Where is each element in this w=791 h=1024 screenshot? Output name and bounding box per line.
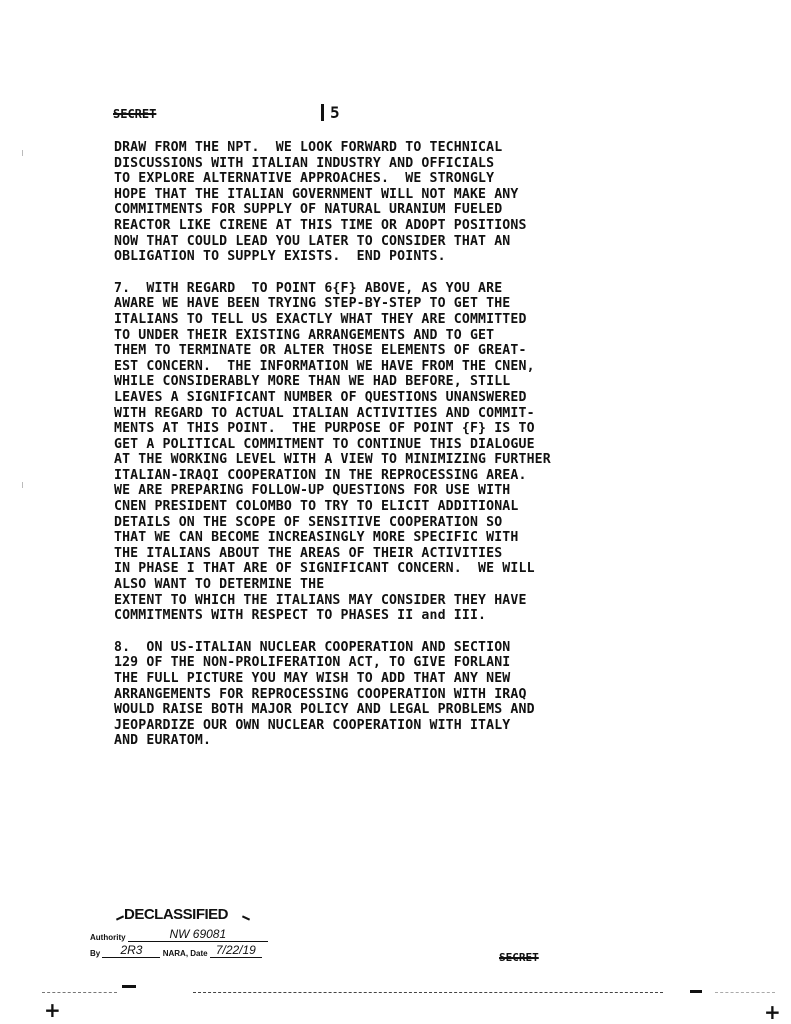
scan-margin-mark <box>22 482 23 488</box>
text-line: JEOPARDIZE OUR OWN NUCLEAR COOPERATION W… <box>114 718 674 734</box>
stamp-agency-label: NARA, Date <box>163 949 208 958</box>
text-line: GET A POLITICAL COMMITMENT TO CONTINUE T… <box>114 437 674 453</box>
stamp-authority-label: Authority <box>90 933 126 942</box>
page-number: 5 <box>321 103 340 122</box>
scan-margin-mark <box>22 150 23 156</box>
text-line: MENTS AT THIS POINT. THE PURPOSE OF POIN… <box>114 421 674 437</box>
text-line: DISCUSSIONS WITH ITALIAN INDUSTRY AND OF… <box>114 156 674 172</box>
scan-dash-mark <box>122 985 136 988</box>
text-line: DRAW FROM THE NPT. WE LOOK FORWARD TO TE… <box>114 140 674 156</box>
text-line: 8. ON US-ITALIAN NUCLEAR COOPERATION AND… <box>114 640 674 656</box>
text-line: AWARE WE HAVE BEEN TRYING STEP-BY-STEP T… <box>114 296 674 312</box>
text-line: TO EXPLORE ALTERNATIVE APPROACHES. WE ST… <box>114 171 674 187</box>
text-line: ARRANGEMENTS FOR REPROCESSING COOPERATIO… <box>114 687 674 703</box>
scan-dashed-line <box>193 992 663 993</box>
paragraph-continuation: DRAW FROM THE NPT. WE LOOK FORWARD TO TE… <box>114 140 674 265</box>
document-page: SECRET 5 DRAW FROM THE NPT. WE LOOK FORW… <box>0 0 791 1024</box>
stamp-date-value: 7/22/19 <box>210 943 262 958</box>
text-line: LEAVES A SIGNIFICANT NUMBER OF QUESTIONS… <box>114 390 674 406</box>
text-line: COMMITMENTS WITH RESPECT TO PHASES II an… <box>114 608 674 624</box>
paragraph-8: 8. ON US-ITALIAN NUCLEAR COOPERATION AND… <box>114 640 674 749</box>
stamp-by-row: By 2R3 NARA, Date 7/22/19 <box>90 943 262 958</box>
text-line: 129 OF THE NON-PROLIFERATION ACT, TO GIV… <box>114 655 674 671</box>
text-line: WHILE CONSIDERABLY MORE THAN WE HAD BEFO… <box>114 374 674 390</box>
text-line: CNEN PRESIDENT COLOMBO TO TRY TO ELICIT … <box>114 499 674 515</box>
scan-dash-mark <box>690 990 702 993</box>
text-line: AT THE WORKING LEVEL WITH A VIEW TO MINI… <box>114 452 674 468</box>
text-line: EST CONCERN. THE INFORMATION WE HAVE FRO… <box>114 359 674 375</box>
stamp-by-value: 2R3 <box>102 943 160 958</box>
text-line: OBLIGATION TO SUPPLY EXISTS. END POINTS. <box>114 249 674 265</box>
text-line: REACTOR LIKE CIRENE AT THIS TIME OR ADOP… <box>114 218 674 234</box>
scan-dashed-line <box>715 992 775 993</box>
stamp-by-label: By <box>90 949 100 958</box>
footer-classification: SECRET <box>499 951 539 964</box>
header-classification: SECRET <box>113 107 156 121</box>
text-line: AND EURATOM. <box>114 733 674 749</box>
text-line: DETAILS ON THE SCOPE OF SENSITIVE COOPER… <box>114 515 674 531</box>
text-line: COMMITMENTS FOR SUPPLY OF NATURAL URANIU… <box>114 202 674 218</box>
paragraph-7: 7. WITH REGARD TO POINT 6{F} ABOVE, AS Y… <box>114 281 674 624</box>
text-line: ITALIAN-IRAQI COOPERATION IN THE REPROCE… <box>114 468 674 484</box>
stamp-tick-right <box>242 915 250 920</box>
text-line: TO UNDER THEIR EXISTING ARRANGEMENTS AND… <box>114 328 674 344</box>
document-body: DRAW FROM THE NPT. WE LOOK FORWARD TO TE… <box>114 140 674 765</box>
stamp-title: DECLASSIFIED <box>124 906 228 923</box>
text-line: WOULD RAISE BOTH MAJOR POLICY AND LEGAL … <box>114 702 674 718</box>
text-line: WE ARE PREPARING FOLLOW-UP QUESTIONS FOR… <box>114 483 674 499</box>
text-line: WITH REGARD TO ACTUAL ITALIAN ACTIVITIES… <box>114 406 674 422</box>
text-line: ALSO WANT TO DETERMINE THE <box>114 577 674 593</box>
text-line: THE ITALIANS ABOUT THE AREAS OF THEIR AC… <box>114 546 674 562</box>
scan-dashed-line <box>42 992 117 993</box>
registration-mark-left: + <box>44 1000 61 1020</box>
stamp-authority-value: NW 69081 <box>128 927 268 942</box>
page-number-bar <box>321 104 324 121</box>
stamp-tick-left <box>116 915 124 920</box>
text-line: NOW THAT COULD LEAD YOU LATER TO CONSIDE… <box>114 234 674 250</box>
text-line: ITALIANS TO TELL US EXACTLY WHAT THEY AR… <box>114 312 674 328</box>
text-line: IN PHASE I THAT ARE OF SIGNIFICANT CONCE… <box>114 561 674 577</box>
text-line: THEM TO TERMINATE OR ALTER THOSE ELEMENT… <box>114 343 674 359</box>
text-line: THAT WE CAN BECOME INCREASINGLY MORE SPE… <box>114 530 674 546</box>
text-line: HOPE THAT THE ITALIAN GOVERNMENT WILL NO… <box>114 187 674 203</box>
text-line: 7. WITH REGARD TO POINT 6{F} ABOVE, AS Y… <box>114 281 674 297</box>
page-number-value: 5 <box>330 103 340 122</box>
text-line: EXTENT TO WHICH THE ITALIANS MAY CONSIDE… <box>114 593 674 609</box>
registration-mark-right: + <box>764 1002 781 1022</box>
stamp-authority-row: Authority NW 69081 <box>90 927 268 942</box>
text-line: THE FULL PICTURE YOU MAY WISH TO ADD THA… <box>114 671 674 687</box>
